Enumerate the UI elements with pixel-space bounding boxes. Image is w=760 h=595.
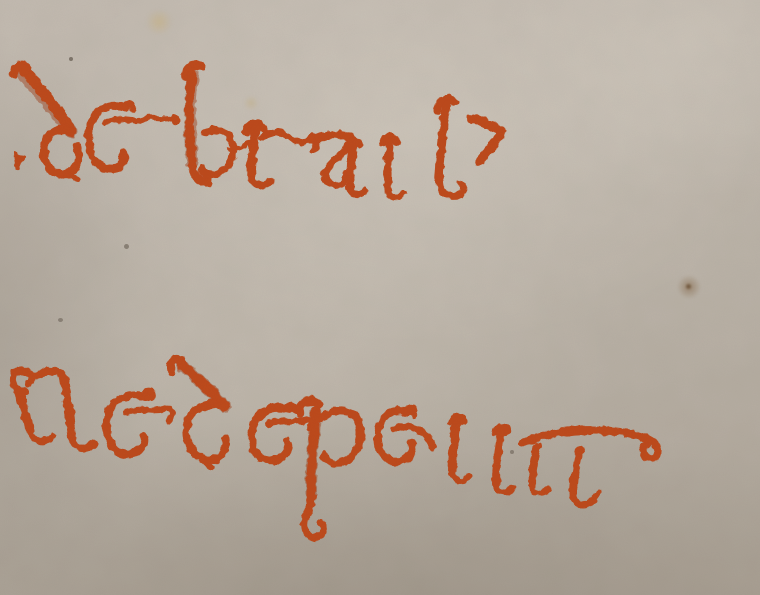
text-line-2 xyxy=(13,359,658,537)
manuscript-photo: . de brail’ ne de peint xyxy=(0,0,760,595)
glyph-punctus xyxy=(15,153,23,169)
text-line-1 xyxy=(14,65,502,364)
ink-text-layer xyxy=(0,0,760,595)
glyph-t xyxy=(523,430,655,444)
